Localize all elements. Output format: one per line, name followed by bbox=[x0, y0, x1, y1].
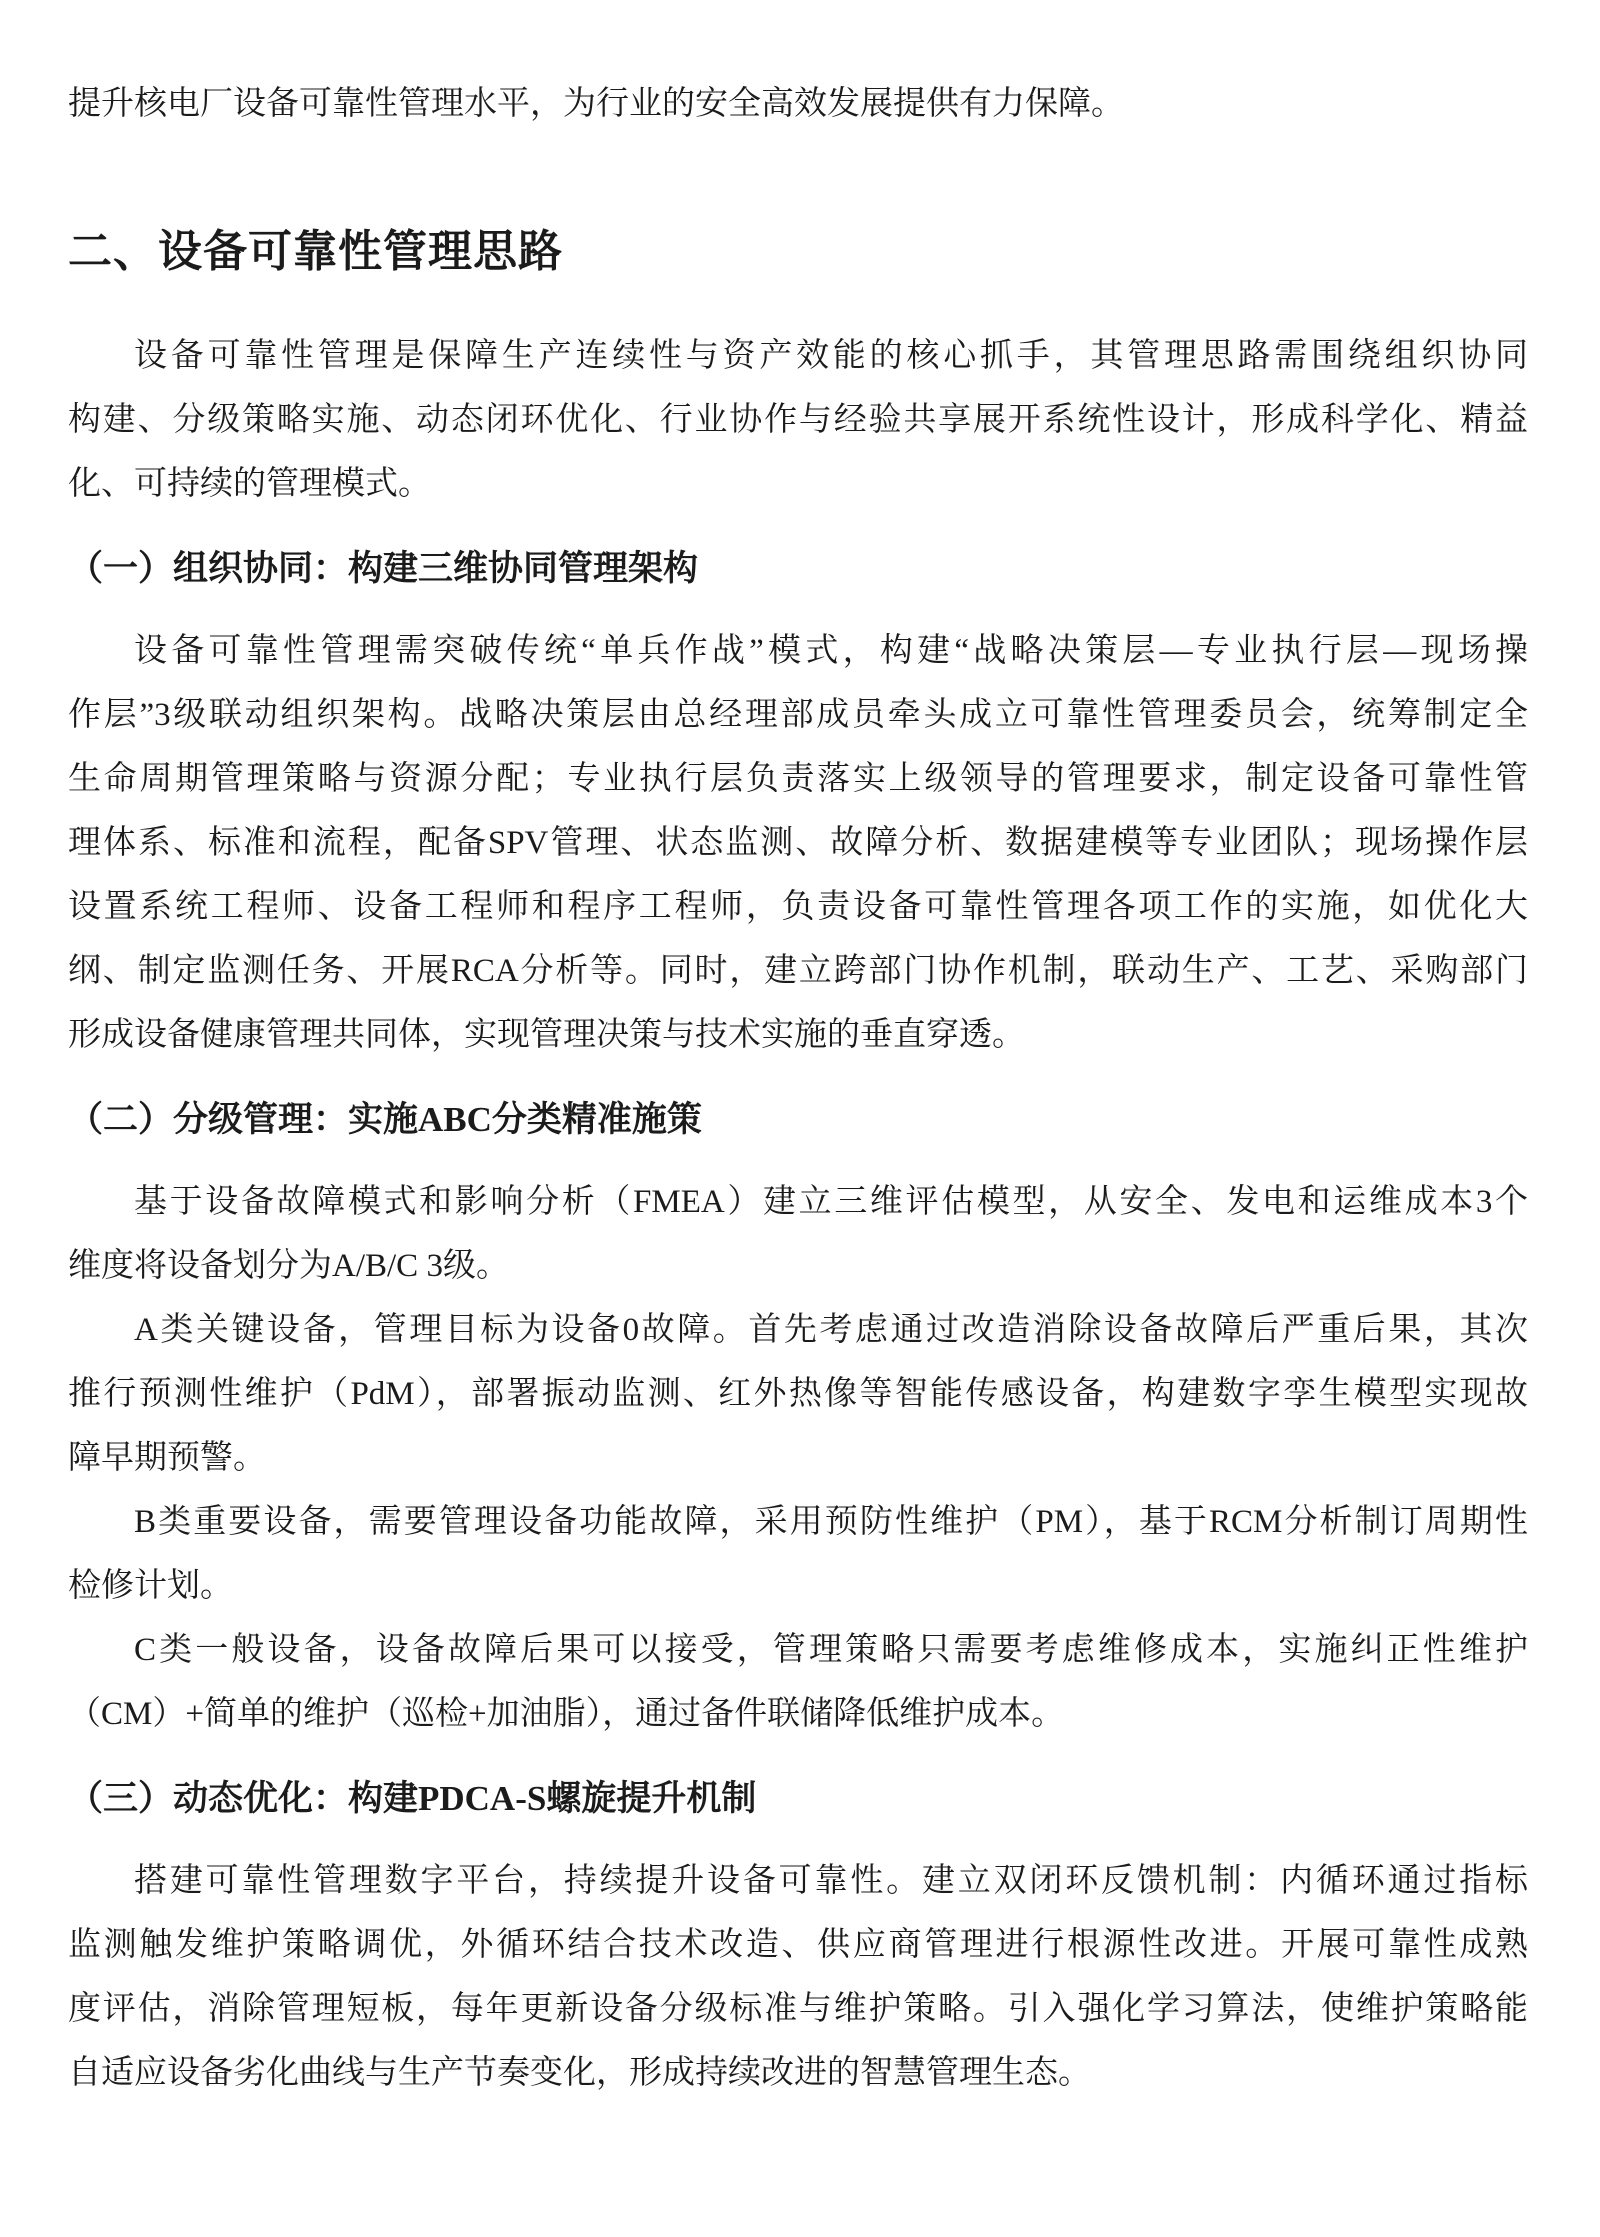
text-line: 设置系统工程师、设备工程师和程序工程师，负责设备可靠性管理各项工作的实施，如优化… bbox=[68, 875, 1528, 939]
text-line: 纲、制定监测任务、开展RCA分析等。同时，建立跨部门协作机制，联动生产、工艺、采… bbox=[68, 939, 1528, 1003]
document-page: 提升核电厂设备可靠性管理水平，为行业的安全高效发展提供有力保障。 二、设备可靠性… bbox=[0, 0, 1600, 2237]
paragraph-org-collaboration: 设备可靠性管理需突破传统“单兵作战”模式，构建“战略决策层—专业执行层—现场操作… bbox=[68, 619, 1528, 1067]
text-line: A类关键设备，管理目标为设备0故障。首先考虑通过改造消除设备故障后严重后果，其次 bbox=[68, 1298, 1528, 1362]
text-line: 设备可靠性管理需突破传统“单兵作战”模式，构建“战略决策层—专业执行层—现场操 bbox=[68, 619, 1528, 683]
paragraph-dynamic-optimization: 搭建可靠性管理数字平台，持续提升设备可靠性。建立双闭环反馈机制：内循环通过指标监… bbox=[68, 1849, 1528, 2105]
text-line: 构建、分级策略实施、动态闭环优化、行业协作与经验共享展开系统性设计，形成科学化、… bbox=[68, 388, 1528, 452]
text-line: 搭建可靠性管理数字平台，持续提升设备可靠性。建立双闭环反馈机制：内循环通过指标 bbox=[68, 1849, 1528, 1913]
paragraph-class-b: B类重要设备，需要管理设备功能故障，采用预防性维护（PM），基于RCM分析制订周… bbox=[68, 1490, 1528, 1618]
text-line: 生命周期管理策略与资源分配；专业执行层负责落实上级领导的管理要求，制定设备可靠性… bbox=[68, 747, 1528, 811]
text-line: 度评估，消除管理短板，每年更新设备分级标准与维护策略。引入强化学习算法，使维护策… bbox=[68, 1977, 1528, 2041]
subsection-heading-1: （一）组织协同：构建三维协同管理架构 bbox=[68, 547, 1528, 591]
text-line: B类重要设备，需要管理设备功能故障，采用预防性维护（PM），基于RCM分析制订周… bbox=[68, 1490, 1528, 1554]
text-line: 作层”3级联动组织架构。战略决策层由总经理部成员牵头成立可靠性管理委员会，统筹制… bbox=[68, 683, 1528, 747]
text-line: 提升核电厂设备可靠性管理水平，为行业的安全高效发展提供有力保障。 bbox=[68, 72, 1528, 136]
paragraph-abc-model: 基于设备故障模式和影响分析（FMEA）建立三维评估模型，从安全、发电和运维成本3… bbox=[68, 1170, 1528, 1298]
text-line: 自适应设备劣化曲线与生产节奏变化，形成持续改进的智慧管理生态。 bbox=[68, 2041, 1528, 2105]
paragraph-section-intro: 设备可靠性管理是保障生产连续性与资产效能的核心抓手，其管理思路需围绕组织协同构建… bbox=[68, 324, 1528, 516]
text-line: C类一般设备，设备故障后果可以接受，管理策略只需要考虑维修成本，实施纠正性维护 bbox=[68, 1618, 1528, 1682]
text-line: 基于设备故障模式和影响分析（FMEA）建立三维评估模型，从安全、发电和运维成本3… bbox=[68, 1170, 1528, 1234]
text-line: 障早期预警。 bbox=[68, 1426, 1528, 1490]
text-line: 化、可持续的管理模式。 bbox=[68, 452, 1528, 516]
subsection-heading-2: （二）分级管理：实施ABC分类精准施策 bbox=[68, 1098, 1528, 1142]
section-heading: 二、设备可靠性管理思路 bbox=[68, 225, 1528, 278]
text-line: 形成设备健康管理共同体，实现管理决策与技术实施的垂直穿透。 bbox=[68, 1003, 1528, 1067]
subsection-heading-3: （三）动态优化：构建PDCA-S螺旋提升机制 bbox=[68, 1777, 1528, 1821]
document-body: 提升核电厂设备可靠性管理水平，为行业的安全高效发展提供有力保障。 二、设备可靠性… bbox=[0, 0, 1600, 2105]
paragraph-continuation: 提升核电厂设备可靠性管理水平，为行业的安全高效发展提供有力保障。 bbox=[68, 72, 1528, 136]
text-line: 维度将设备划分为A/B/C 3级。 bbox=[68, 1234, 1528, 1298]
text-line: 理体系、标准和流程，配备SPV管理、状态监测、故障分析、数据建模等专业团队；现场… bbox=[68, 811, 1528, 875]
paragraph-class-c: C类一般设备，设备故障后果可以接受，管理策略只需要考虑维修成本，实施纠正性维护（… bbox=[68, 1618, 1528, 1746]
text-line: （CM）+简单的维护（巡检+加油脂），通过备件联储降低维护成本。 bbox=[68, 1682, 1528, 1746]
paragraph-class-a: A类关键设备，管理目标为设备0故障。首先考虑通过改造消除设备故障后严重后果，其次… bbox=[68, 1298, 1528, 1490]
text-line: 设备可靠性管理是保障生产连续性与资产效能的核心抓手，其管理思路需围绕组织协同 bbox=[68, 324, 1528, 388]
text-line: 监测触发维护策略调优，外循环结合技术改造、供应商管理进行根源性改进。开展可靠性成… bbox=[68, 1913, 1528, 1977]
text-line: 检修计划。 bbox=[68, 1554, 1528, 1618]
text-line: 推行预测性维护（PdM），部署振动监测、红外热像等智能传感设备，构建数字孪生模型… bbox=[68, 1362, 1528, 1426]
